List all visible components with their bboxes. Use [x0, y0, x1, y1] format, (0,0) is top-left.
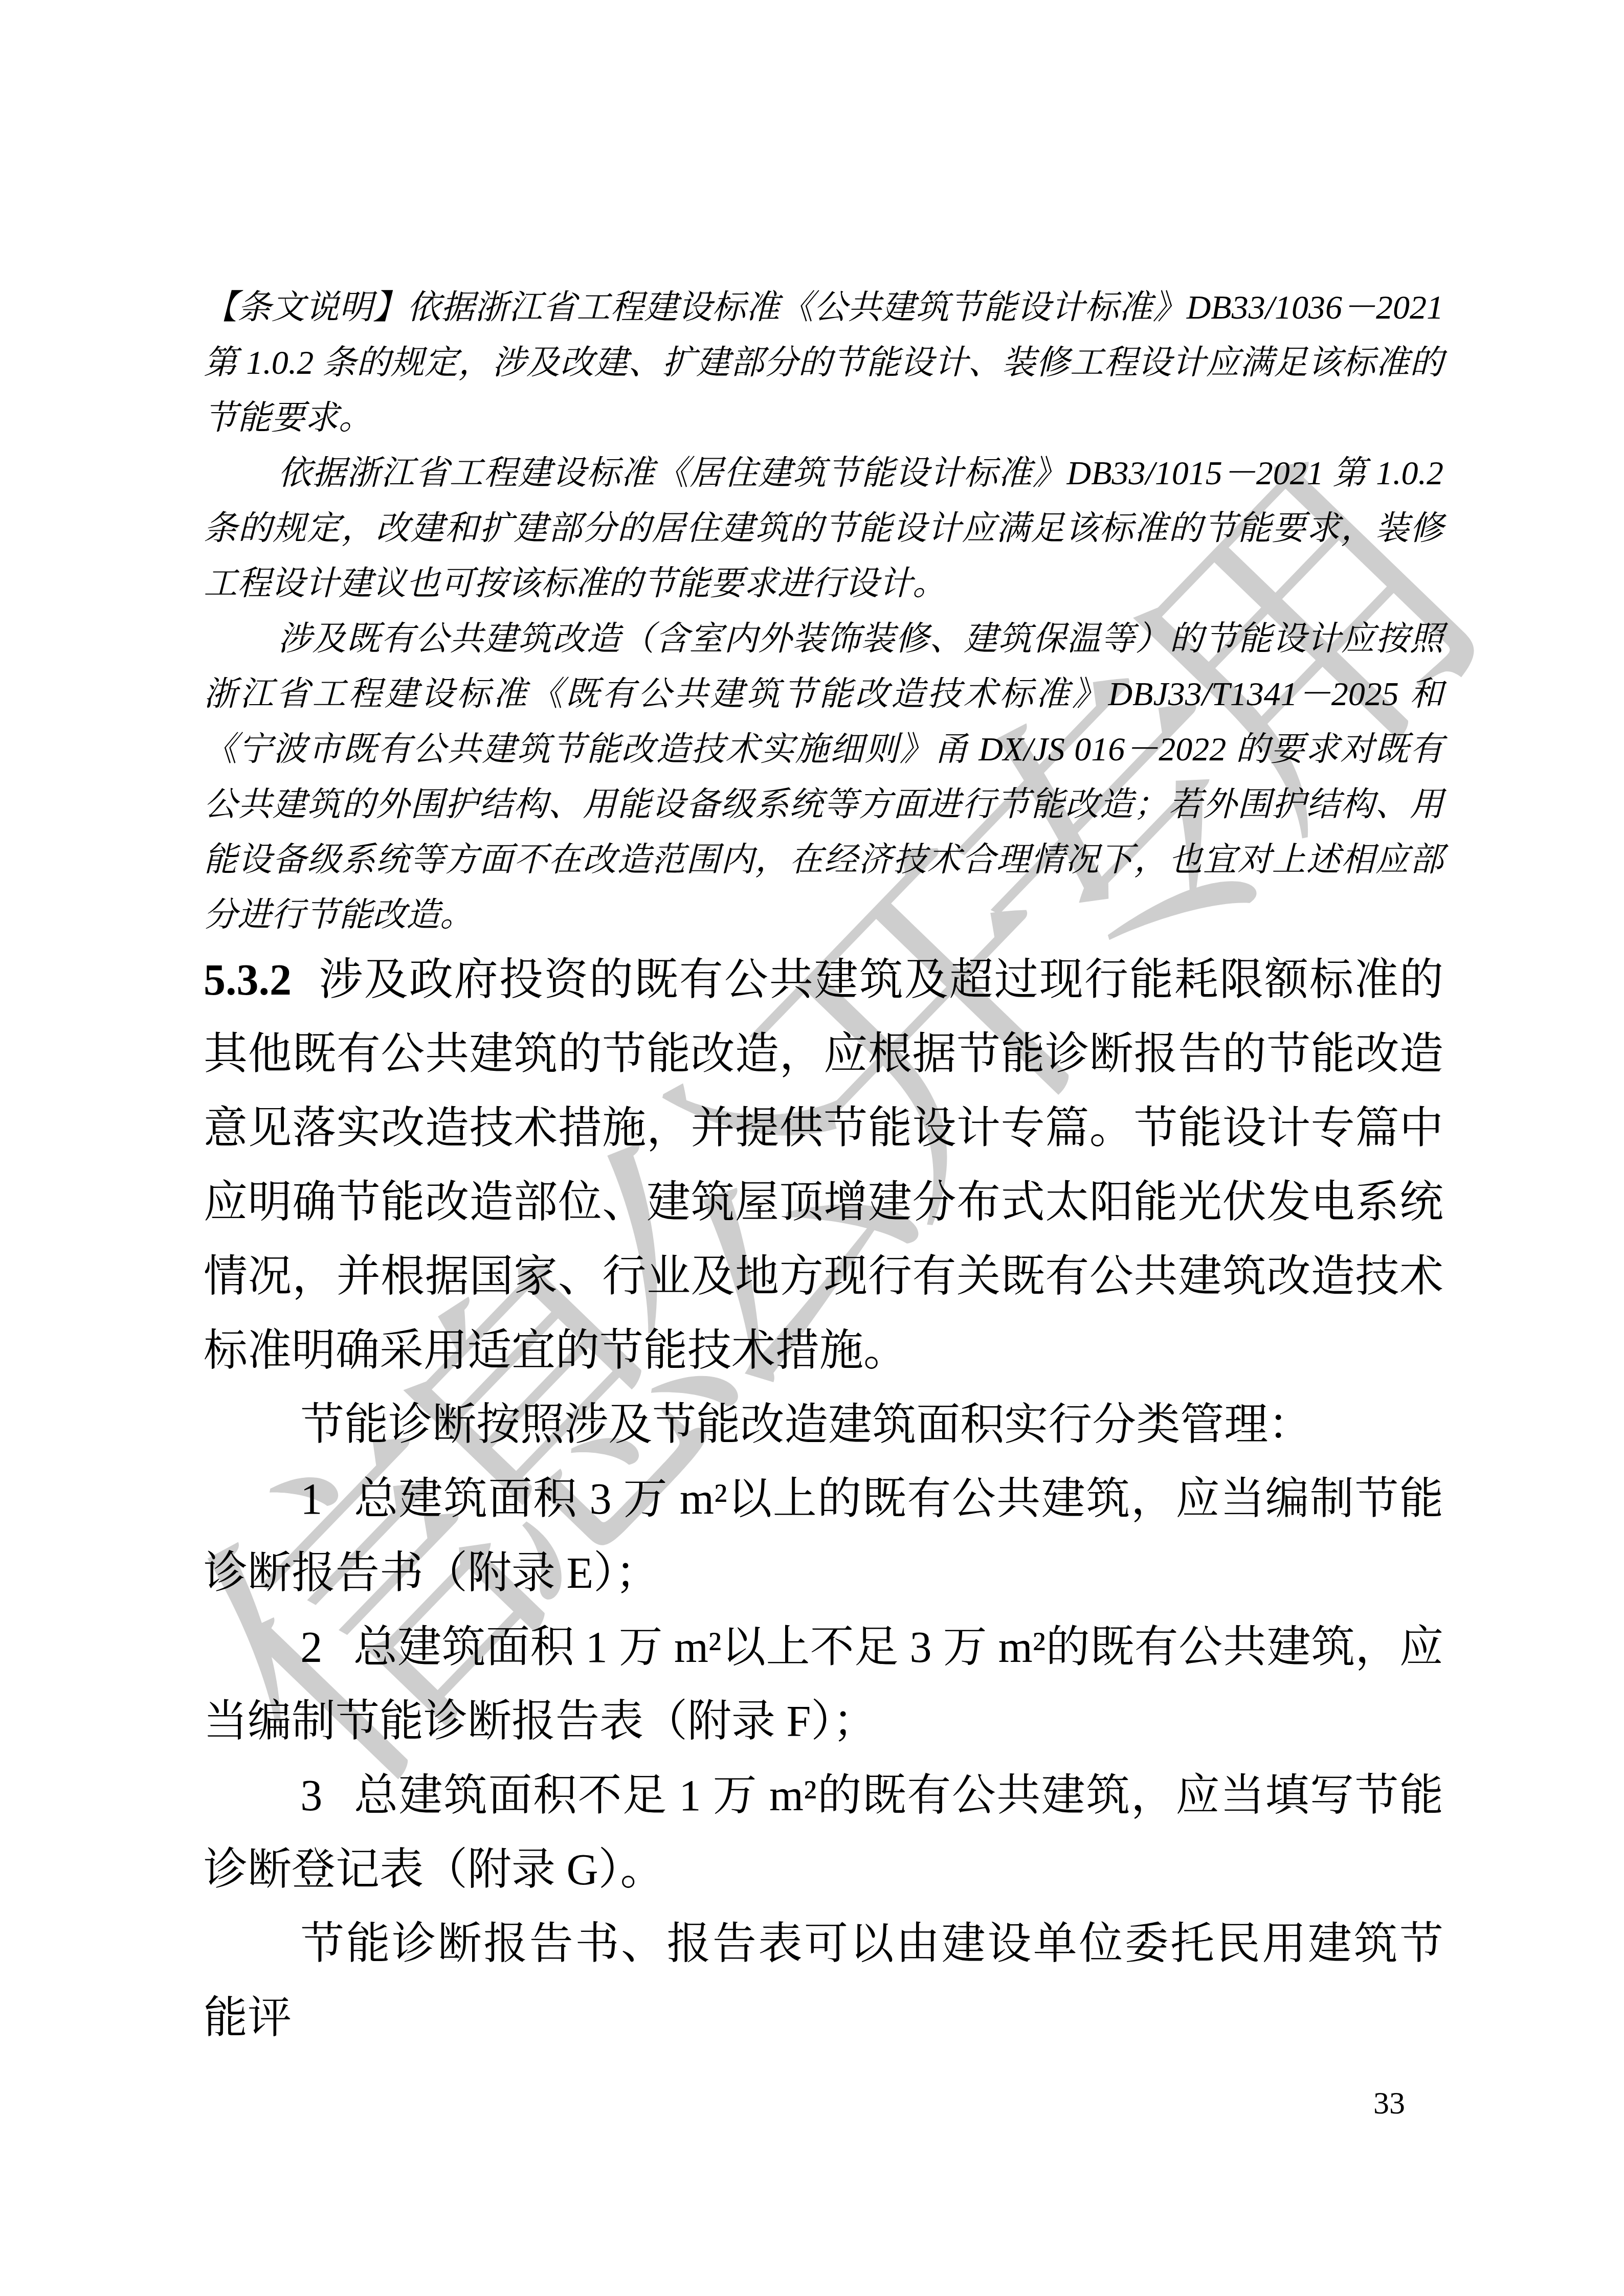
- classification-intro: 节能诊断按照涉及节能改造建筑面积实行分类管理：: [204, 1388, 1443, 1462]
- closing-paragraph: 节能诊断报告书、报告表可以由建设单位委托民用建筑节能评: [204, 1907, 1443, 2055]
- page-content: 【条文说明】依据浙江省工程建设标准《公共建筑节能设计标准》DB33/1036－2…: [204, 280, 1443, 2055]
- clause-number: 5.3.2: [204, 955, 318, 1004]
- item-2: 2总建筑面积 1 万 m²以上不足 3 万 m²的既有公共建筑，应当编制节能诊断…: [204, 1610, 1443, 1759]
- document-page: 信息公开专用 【条文说明】依据浙江省工程建设标准《公共建筑节能设计标准》DB33…: [0, 0, 1624, 2296]
- item-2-text: 总建筑面积 1 万 m²以上不足 3 万 m²的既有公共建筑，应当编制节能诊断报…: [204, 1623, 1443, 1746]
- commentary-paragraph-3: 涉及既有公共建筑改造（含室内外装饰装修、建筑保温等）的节能设计应按照浙江省工程建…: [204, 612, 1443, 943]
- item-3-number: 3: [300, 1771, 353, 1820]
- item-1: 1总建筑面积 3 万 m²以上的既有公共建筑，应当编制节能诊断报告书（附录 E）…: [204, 1462, 1443, 1610]
- clause-text: 涉及政府投资的既有公共建筑及超过现行能耗限额标准的其他既有公共建筑的节能改造，应…: [204, 955, 1443, 1375]
- clause-5-3-2: 5.3.2涉及政府投资的既有公共建筑及超过现行能耗限额标准的其他既有公共建筑的节…: [204, 943, 1443, 1388]
- item-1-text: 总建筑面积 3 万 m²以上的既有公共建筑，应当编制节能诊断报告书（附录 E）；: [204, 1474, 1443, 1597]
- item-2-number: 2: [300, 1623, 353, 1672]
- commentary-paragraph-1: 【条文说明】依据浙江省工程建设标准《公共建筑节能设计标准》DB33/1036－2…: [204, 280, 1443, 446]
- commentary-paragraph-2: 依据浙江省工程建设标准《居住建筑节能设计标准》DB33/1015－2021 第 …: [204, 446, 1443, 612]
- item-1-number: 1: [300, 1474, 353, 1523]
- item-3-text: 总建筑面积不足 1 万 m²的既有公共建筑，应当填写节能诊断登记表（附录 G）。: [204, 1771, 1443, 1894]
- page-number: 33: [1373, 2087, 1405, 2119]
- item-3: 3总建筑面积不足 1 万 m²的既有公共建筑，应当填写节能诊断登记表（附录 G）…: [204, 1759, 1443, 1907]
